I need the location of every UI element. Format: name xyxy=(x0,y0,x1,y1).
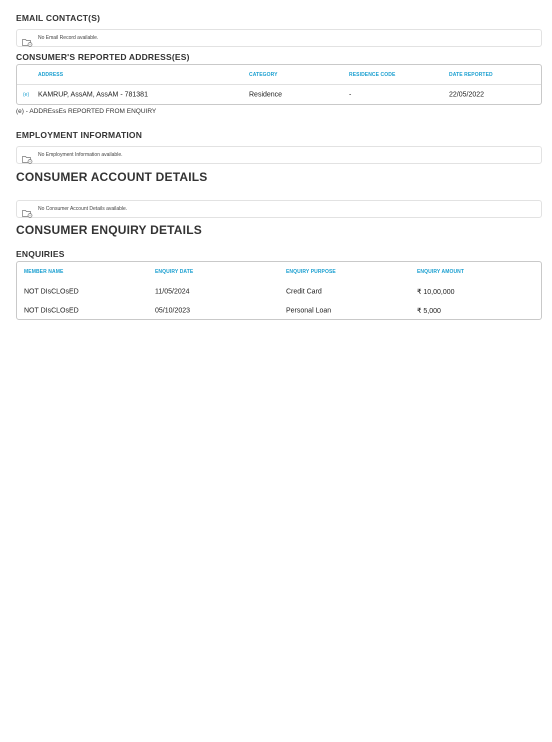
col-category: CATEGORY xyxy=(249,72,278,78)
enquiry-marker: (e) xyxy=(23,92,29,98)
empty-message: No Email Record available. xyxy=(38,35,98,41)
col-enquiry-amount: ENQUIRY AMOUNT xyxy=(417,269,464,275)
addresses-table: ADDRESS CATEGORY RESIDENCE CODE DATE REP… xyxy=(16,64,542,105)
residence-code-cell: - xyxy=(349,91,351,98)
table-header-row: MEMBER NAME ENQUIRY DATE ENQUIRY PURPOSE… xyxy=(17,262,541,282)
folder-info-icon xyxy=(22,151,33,160)
enquiries-table: MEMBER NAME ENQUIRY DATE ENQUIRY PURPOSE… xyxy=(16,261,542,320)
enquiry-date-cell: 11/05/2024 xyxy=(155,288,190,295)
enquiry-amount-cell: ₹ 10,00,000 xyxy=(417,288,455,296)
empty-message: No Consumer Account Details available. xyxy=(38,206,127,212)
category-cell: Residence xyxy=(249,91,282,98)
table-row: NOT DIsCLOsED 05/10/2023 Personal Loan ₹… xyxy=(17,301,541,320)
addresses-heading: CONSUMER'S REPORTED ADDRESS(ES) xyxy=(16,52,190,62)
folder-info-icon xyxy=(22,34,33,43)
empty-message: No Employment Information available. xyxy=(38,152,123,158)
col-member-name: MEMBER NAME xyxy=(24,269,63,275)
account-empty-state: No Consumer Account Details available. xyxy=(16,200,542,218)
enquiry-date-cell: 05/10/2023 xyxy=(155,307,190,314)
address-cell: KAMRUP, AssAM, AssAM - 781381 xyxy=(38,91,148,98)
enquiry-amount-cell: ₹ 5,000 xyxy=(417,307,441,315)
enquiry-purpose-cell: Personal Loan xyxy=(286,307,331,314)
col-residence-code: RESIDENCE CODE xyxy=(349,72,395,78)
enquiries-subheading: ENQUIRIES xyxy=(16,249,65,259)
table-row: (e) KAMRUP, AssAM, AssAM - 781381 Reside… xyxy=(17,85,541,104)
table-row: NOT DIsCLOsED 11/05/2024 Credit Card ₹ 1… xyxy=(17,282,541,301)
email-contacts-heading: EMAIL CONTACT(S) xyxy=(16,13,100,23)
col-date-reported: DATE REPORTED xyxy=(449,72,493,78)
col-enquiry-purpose: ENQUIRY PURPOSE xyxy=(286,269,336,275)
col-enquiry-date: ENQUIRY DATE xyxy=(155,269,193,275)
employment-heading: EMPLOYMENT INFORMATION xyxy=(16,130,142,140)
address-footnote: (e) - ADDREssEs REPORTED FROM ENQUIRY xyxy=(16,108,156,115)
date-reported-cell: 22/05/2022 xyxy=(449,91,484,98)
table-header-row: ADDRESS CATEGORY RESIDENCE CODE DATE REP… xyxy=(17,65,541,85)
email-empty-state: No Email Record available. xyxy=(16,29,542,47)
enquiry-details-heading: CONSUMER ENQUIRY DETAILS xyxy=(16,223,202,237)
col-address: ADDRESS xyxy=(38,72,63,78)
member-name-cell: NOT DIsCLOsED xyxy=(24,288,79,295)
folder-info-icon xyxy=(22,205,33,214)
employment-empty-state: No Employment Information available. xyxy=(16,146,542,164)
account-details-heading: CONSUMER ACCOUNT DETAILS xyxy=(16,170,207,184)
member-name-cell: NOT DIsCLOsED xyxy=(24,307,79,314)
enquiry-purpose-cell: Credit Card xyxy=(286,288,322,295)
